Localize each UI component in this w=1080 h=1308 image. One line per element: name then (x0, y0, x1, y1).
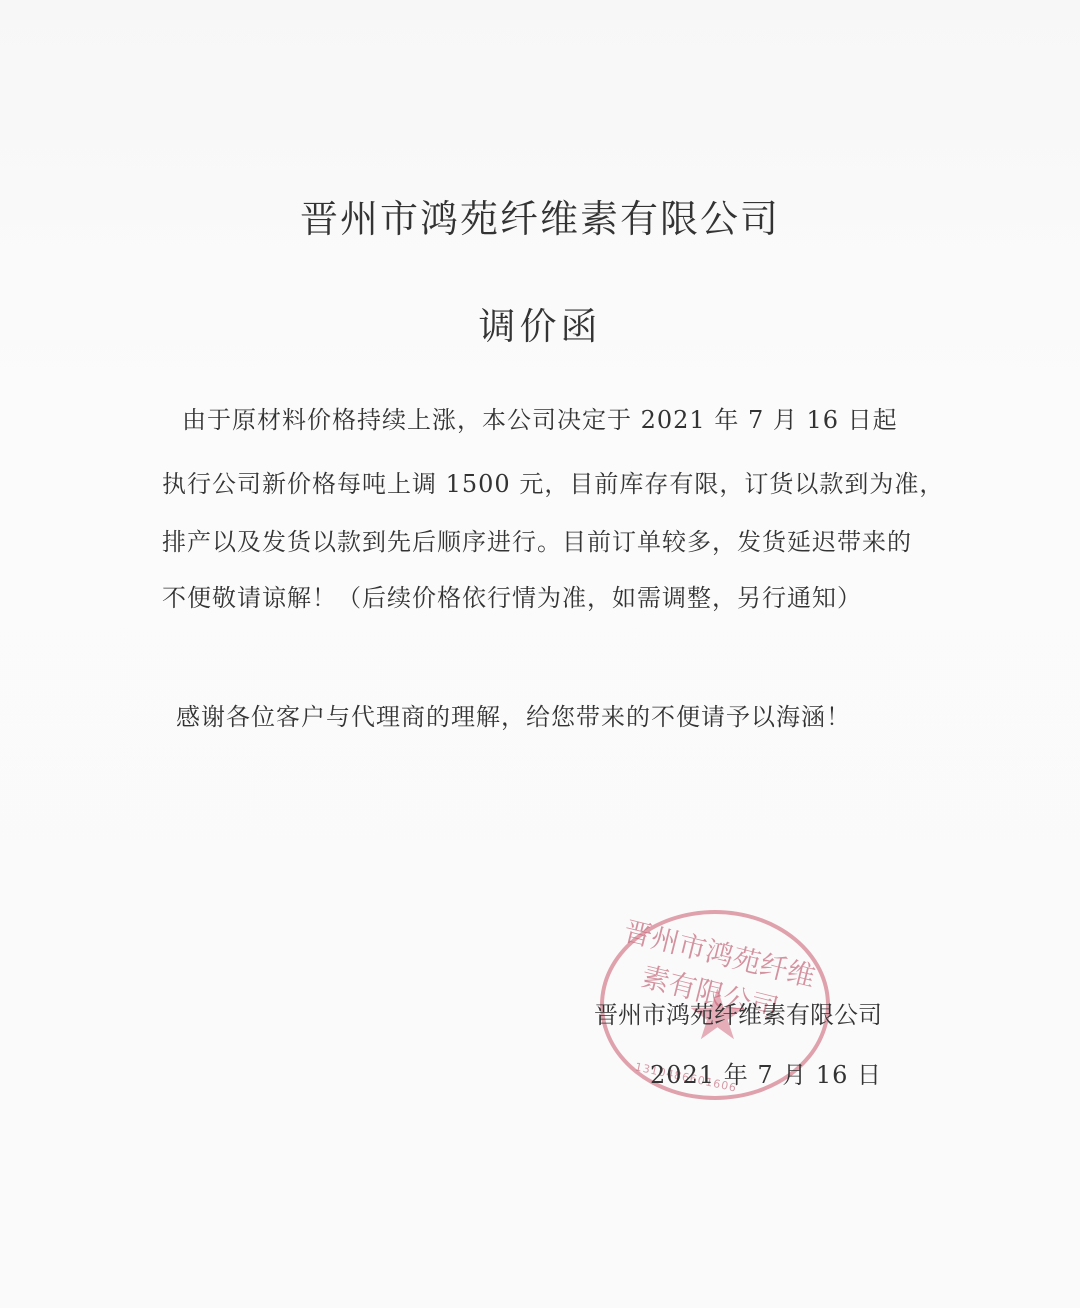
signature-date: 2021 年 7 月 16 日 (650, 1055, 882, 1090)
signature-company: 晋州市鸿苑纤维素有限公司 (594, 995, 882, 1030)
body-line-2: 执行公司新价格每吨上调 1500 元，目前库存有限，订货以款到为准， (162, 464, 922, 499)
body-line-3: 排产以及发货以款到先后顺序进行。目前订单较多，发货延迟带来的 (162, 522, 922, 557)
body-line-4: 不便敬请谅解！（后续价格依行情为准，如需调整，另行通知） (162, 578, 922, 613)
thanks-paragraph: 感谢各位客户与代理商的理解，给您带来的不便请予以海涵！ (176, 697, 851, 732)
document-title: 调价函 (0, 296, 1080, 350)
document-page: 晋州市鸿苑纤维素有限公司 调价函 由于原材料价格持续上涨，本公司决定于 2021… (0, 0, 1080, 1308)
company-title: 晋州市鸿苑纤维素有限公司 (0, 188, 1080, 243)
body-line-1: 由于原材料价格持续上涨，本公司决定于 2021 年 7 月 16 日起 (182, 400, 942, 435)
